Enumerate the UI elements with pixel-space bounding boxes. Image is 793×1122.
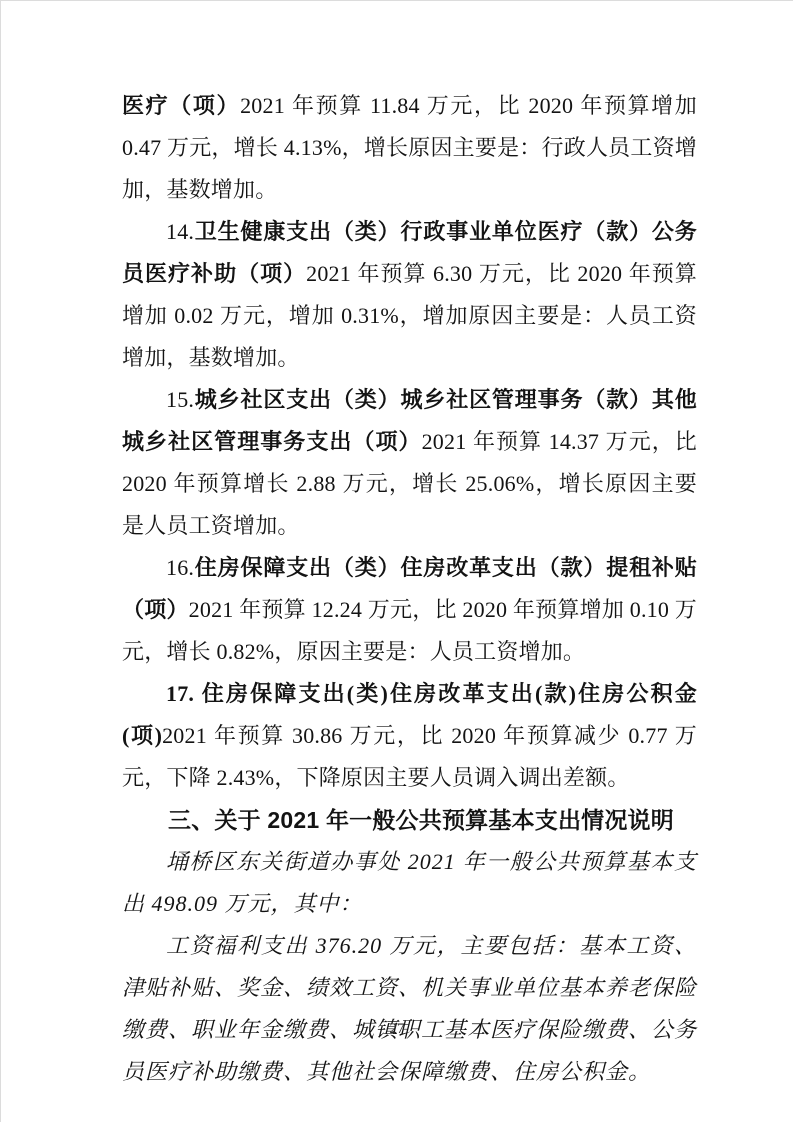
paragraph-total-basic-expenditure: 埇桥区东关街道办事处 2021 年一般公共预算基本支出 498.09 万元，其中… [122, 841, 697, 925]
paragraph-17-text: 2021 年预算 30.86 万元，比 2020 年预算减少 0.77 万元，下… [122, 723, 697, 790]
paragraph-15: 15.城乡社区支出（类）城乡社区管理事务（款）其他城乡社区管理事务支出（项）20… [122, 379, 697, 547]
paragraph-13-heading: 医疗（项） [122, 93, 240, 118]
document-body: 医疗（项）2021 年预算 11.84 万元，比 2020 年预算增加 0.47… [122, 85, 697, 1093]
paragraph-14-number: 14. [166, 219, 194, 244]
paragraph-salary-welfare-expenditure: 工资福利支出 376.20 万元，主要包括：基本工资、津贴补贴、奖金、绩效工资、… [122, 925, 697, 1093]
paragraph-16: 16.住房保障支出（类）住房改革支出（款）提租补贴（项）2021 年预算 12.… [122, 547, 697, 673]
paragraph-16-number: 16. [166, 555, 194, 580]
document-page: 医疗（项）2021 年预算 11.84 万元，比 2020 年预算增加 0.47… [0, 0, 793, 1122]
paragraph-13-continuation: 医疗（项）2021 年预算 11.84 万元，比 2020 年预算增加 0.47… [122, 85, 697, 211]
paragraph-14: 14.卫生健康支出（类）行政事业单位医疗（款）公务员医疗补助（项）2021 年预… [122, 211, 697, 379]
page-number: 27 [1, 1019, 793, 1039]
paragraph-17: 17. 住房保障支出(类)住房改革支出(款)住房公积金(项)2021 年预算 3… [122, 673, 697, 799]
paragraph-15-number: 15. [166, 387, 194, 412]
paragraph-16-text: 2021 年预算 12.24 万元，比 2020 年预算增加 0.10 万元，增… [122, 597, 697, 664]
section-heading-basic-expenditure: 三、关于 2021 年一般公共预算基本支出情况说明 [122, 799, 697, 841]
